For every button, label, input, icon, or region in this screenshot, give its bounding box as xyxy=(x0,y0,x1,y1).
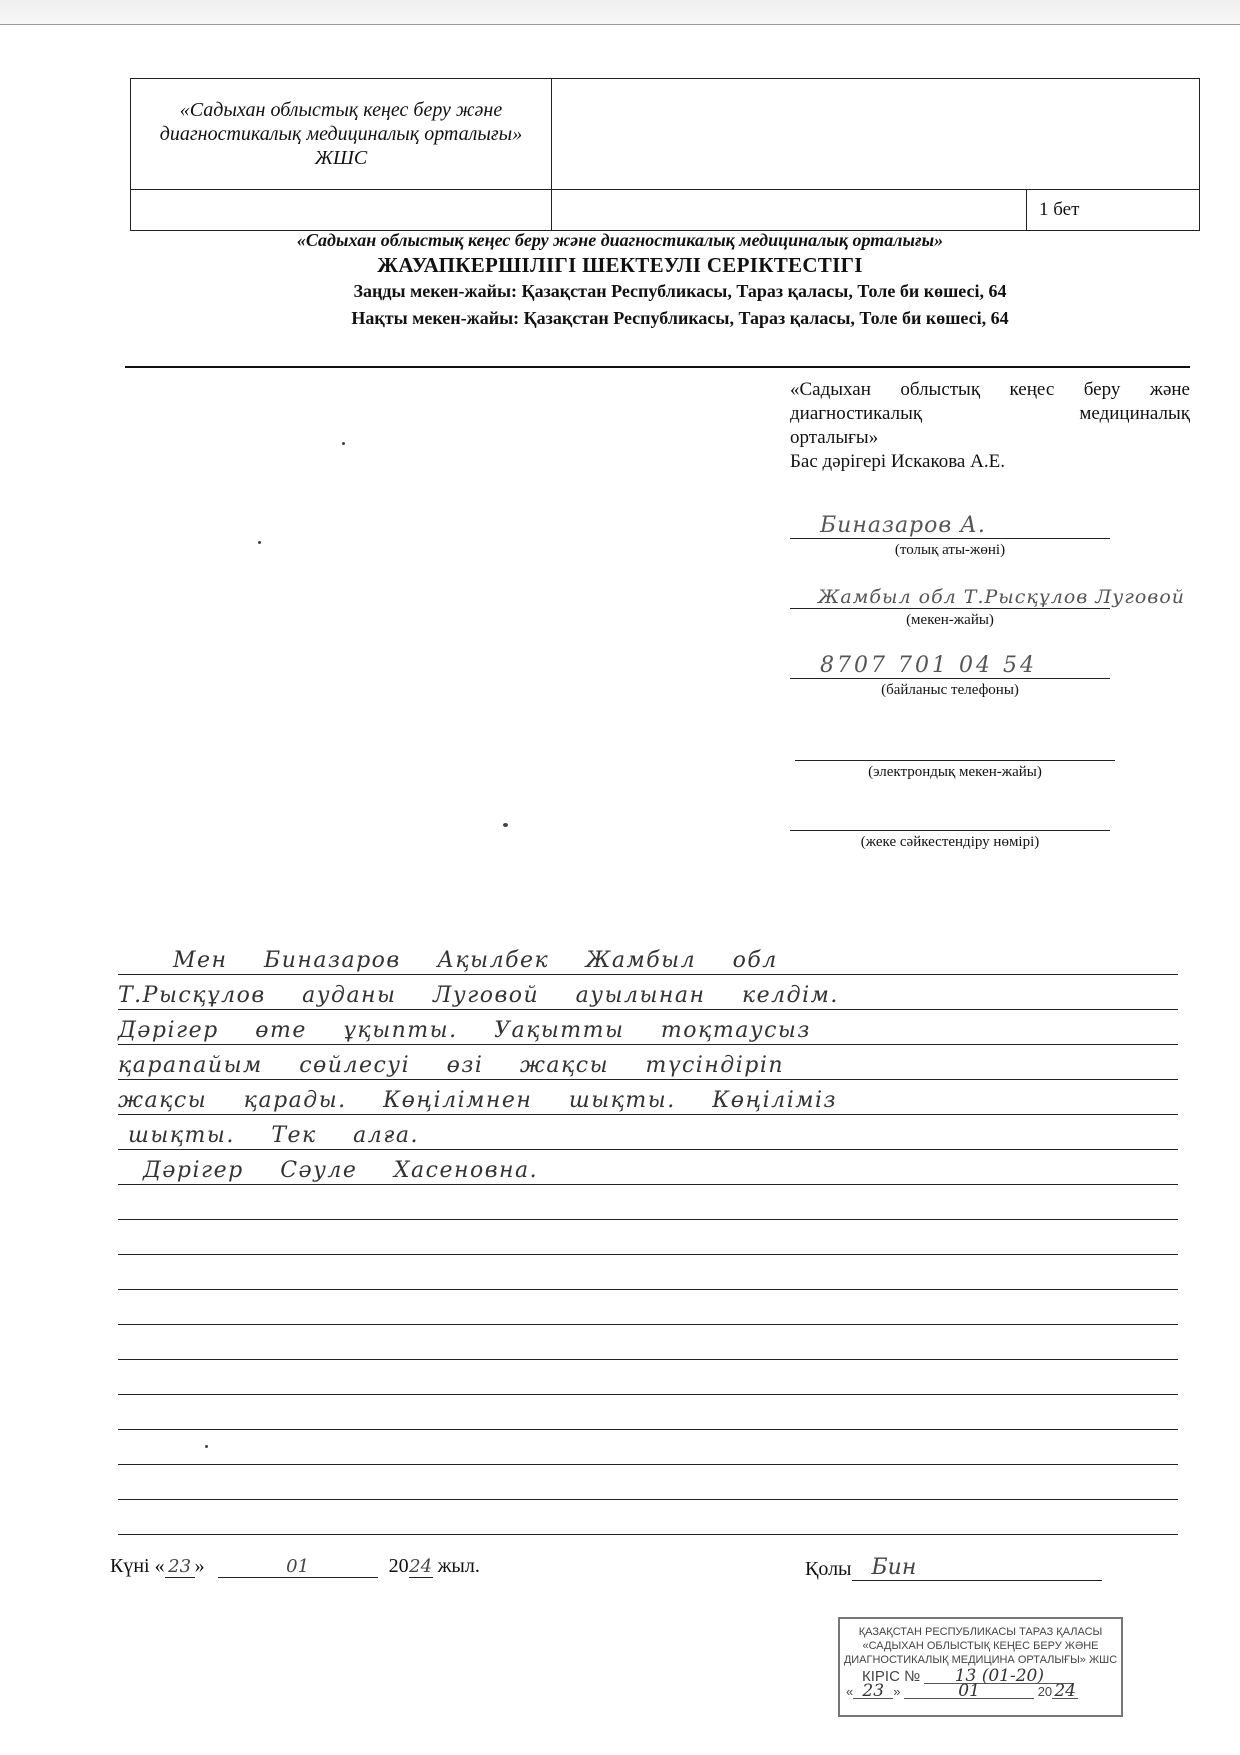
letter-body[interactable]: Мен Биназаров Ақылбек Жамбыл обл Т.Рысқұ… xyxy=(118,940,1178,1535)
header-top-right-cell xyxy=(552,79,1200,190)
letter-line: Дәрігер Сәуле Хасеновна. xyxy=(118,1150,1178,1185)
date-year-prefix: 20 xyxy=(389,1555,409,1577)
signature-label: Қолы xyxy=(805,1558,852,1580)
email-field[interactable]: (электрондық мекен-жайы) xyxy=(795,726,1115,782)
stamp-incoming-number: 13 (01-20) xyxy=(924,1669,1074,1684)
letter-line: шықты. Тек алға. xyxy=(118,1115,1178,1150)
phone-field[interactable]: 8707 701 04 54 (байланыс телефоны) xyxy=(790,644,1110,700)
date-row: Күні «23» 01 2024 жыл. xyxy=(110,1555,480,1578)
address-caption: (мекен-жайы) xyxy=(790,610,1110,630)
scan-speck xyxy=(503,823,508,827)
letter-line: қарапайым сөйлесуі өзі жақсы түсіндіріп xyxy=(118,1045,1178,1080)
scan-speck xyxy=(258,541,261,544)
incoming-stamp: ҚАЗАҚСТАН РЕСПУБЛИКАСЫ ТАРАЗ ҚАЛАСЫ «САД… xyxy=(838,1617,1123,1717)
actual-address: Нақты мекен-жайы: Қазақстан Республикасы… xyxy=(130,305,1110,332)
stamp-line-2: «САДЫХАН ОБЛЫСТЫҚ КЕҢЕС БЕРУ ЖӘНЕ xyxy=(840,1639,1121,1653)
letter-line: Дәрігер өте ұқыпты. Уақытты тоқтаусыз xyxy=(118,1010,1178,1045)
stamp-month: 01 xyxy=(904,1684,1034,1699)
letterhead-divider xyxy=(125,366,1190,368)
iin-field[interactable]: (жеке сәйкестендіру нөмірі) xyxy=(790,796,1110,852)
stamp-line-3: ДИАГНОСТИКАЛЫҚ МЕДИЦИНА ОРТАЛЫҒЫ» ЖШС xyxy=(840,1653,1121,1667)
date-day[interactable]: 23 xyxy=(165,1556,195,1578)
header-bottom-left-cell xyxy=(131,190,552,231)
signature-field[interactable]: Бин xyxy=(852,1555,1102,1581)
stamp-date-row: «23» 01 2024 xyxy=(840,1684,1121,1699)
letter-line xyxy=(118,1430,1178,1465)
scan-edge xyxy=(0,0,1240,25)
addressee-line-1: «Садыхан облыстық кеңес беру және xyxy=(790,378,1190,402)
full-name-value: Биназаров А. xyxy=(820,513,986,538)
date-day-close: » xyxy=(195,1555,205,1577)
date-label: Күні « xyxy=(110,1555,165,1577)
page-number: 1 бет xyxy=(1027,190,1200,231)
addressee-block: «Садыхан облыстық кеңес беру және диагно… xyxy=(790,378,1190,474)
full-name-field[interactable]: Биназаров А. (толық аты-жөні) xyxy=(790,504,1110,560)
header-bottom-middle-cell xyxy=(552,190,1027,231)
letter-line xyxy=(118,1325,1178,1360)
scan-speck xyxy=(205,1445,208,1448)
letterhead-org-name: «Садыхан облыстық кеңес беру және диагно… xyxy=(130,228,1110,252)
stamp-day: 23 xyxy=(853,1684,893,1699)
full-name-caption: (толық аты-жөні) xyxy=(790,540,1110,560)
addressee-line-2: диагностикалық медициналық xyxy=(790,402,1190,426)
letter-line: Т.Рысқұлов ауданы Луговой ауылынан келді… xyxy=(118,975,1178,1010)
letterhead-org-type: ЖАУАПКЕРШІЛІГІ ШЕКТЕУЛІ СЕРІКТЕСТІГІ xyxy=(130,252,1110,278)
legal-address: Заңды мекен-жайы: Қазақстан Республикасы… xyxy=(130,278,1110,305)
letter-line: Мен Биназаров Ақылбек Жамбыл обл xyxy=(118,940,1178,975)
date-year-label: жыл. xyxy=(438,1555,480,1577)
letter-line xyxy=(118,1255,1178,1290)
stamp-year-suffix: 24 xyxy=(1052,1684,1078,1699)
header-table: «Садыхан облыстық кеңес беру және диагно… xyxy=(130,78,1200,231)
letter-line xyxy=(118,1465,1178,1500)
stamp-year-prefix: 20 xyxy=(1038,1684,1052,1699)
phone-caption: (байланыс телефоны) xyxy=(790,680,1110,700)
address-field[interactable]: Жамбыл обл Т.Рысқұлов Луговой (мекен-жай… xyxy=(790,574,1110,630)
letter-line xyxy=(118,1500,1178,1535)
date-year-suffix[interactable]: 24 xyxy=(409,1556,433,1578)
header-org-name: «Садыхан облыстық кеңес беру және диагно… xyxy=(131,98,551,170)
stamp-line-1: ҚАЗАҚСТАН РЕСПУБЛИКАСЫ ТАРАЗ ҚАЛАСЫ xyxy=(840,1625,1121,1639)
addressee-line-4: Бас дәрігері Искакова А.Е. xyxy=(790,450,1190,474)
email-caption: (электрондық мекен-жайы) xyxy=(795,762,1115,782)
address-value: Жамбыл обл Т.Рысқұлов Луговой xyxy=(818,586,1185,608)
date-month[interactable]: 01 xyxy=(218,1556,378,1578)
scan-speck xyxy=(342,442,345,445)
phone-value: 8707 701 04 54 xyxy=(820,653,1037,678)
letter-line xyxy=(118,1395,1178,1430)
letter-line xyxy=(118,1290,1178,1325)
signature-row: ҚолыБин xyxy=(805,1555,1102,1581)
letter-line: жақсы қарады. Көңілімнен шықты. Көңілімі… xyxy=(118,1080,1178,1115)
iin-caption: (жеке сәйкестендіру нөмірі) xyxy=(790,832,1110,852)
letter-line xyxy=(118,1185,1178,1220)
letter-line xyxy=(118,1220,1178,1255)
letter-line xyxy=(118,1360,1178,1395)
addressee-line-3: орталығы» xyxy=(790,426,1190,450)
letterhead: «Садыхан облыстық кеңес беру және диагно… xyxy=(130,228,1110,332)
header-org-cell: «Садыхан облыстық кеңес беру және диагно… xyxy=(131,79,552,190)
